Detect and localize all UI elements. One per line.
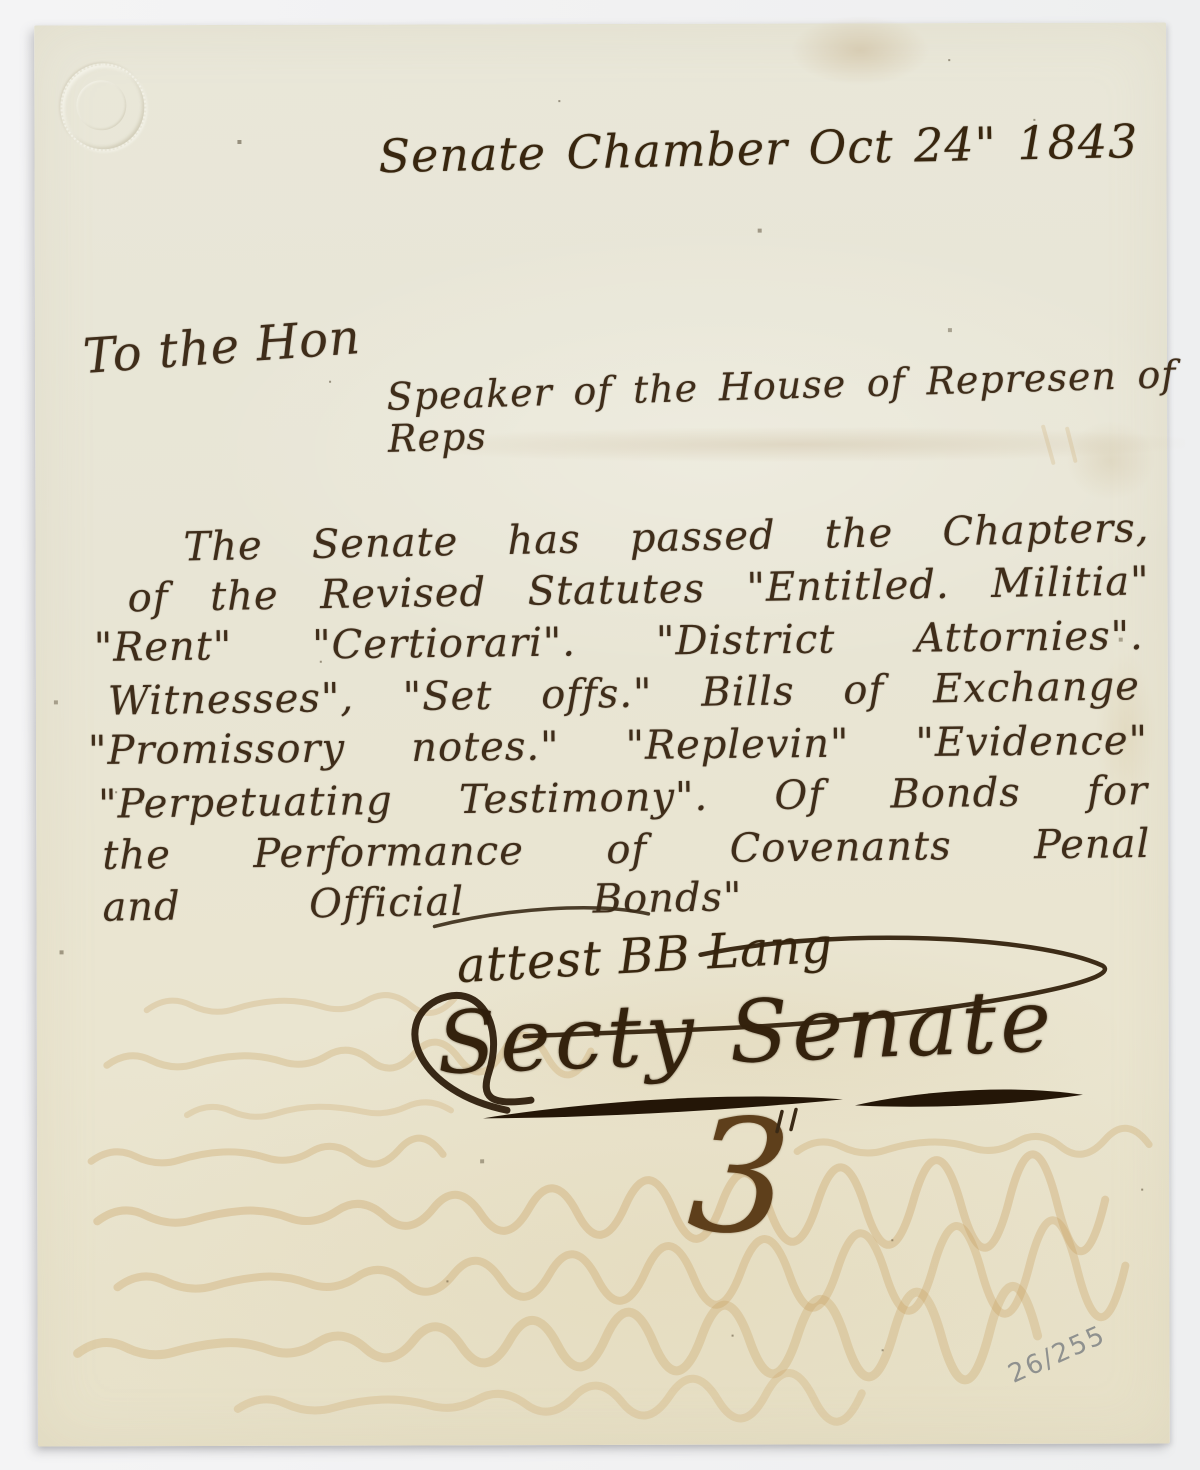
- secretary-signature: Secty Senate: [435, 974, 1057, 1092]
- embossed-seal: [60, 63, 146, 151]
- ink-stain-top: [790, 15, 930, 85]
- archival-number-pencil: 26/255: [1004, 1321, 1110, 1389]
- body-line: Witnesses", "Set offs." Bills of Exchang…: [108, 664, 1141, 723]
- salutation-line1: To the Hon: [81, 311, 362, 384]
- letter-paper: Senate Chamber Oct 24" 1843 To the Hon S…: [34, 23, 1170, 1447]
- body-line: "Promissory notes." "Replevin" "Evidence…: [88, 719, 1148, 773]
- salutation-line2: Speaker of the House of Represen of Reps: [386, 354, 1178, 460]
- body-line: "Perpetuating Testimony". Of Bonds for: [98, 769, 1148, 827]
- page-numeral: 3: [683, 1088, 796, 1268]
- body-line: and Official Bonds": [102, 875, 743, 930]
- paper-specks: [34, 25, 36, 27]
- scan-background: Senate Chamber Oct 24" 1843 To the Hon S…: [0, 0, 1200, 1470]
- body-line: "Rent" "Certiorari". "District Attornies…: [94, 614, 1144, 670]
- embossed-seal-inner-ring: [76, 80, 126, 130]
- body-line: the Performance of Covenants Penal: [102, 822, 1150, 878]
- dateline: Senate Chamber Oct 24" 1843: [378, 116, 1139, 182]
